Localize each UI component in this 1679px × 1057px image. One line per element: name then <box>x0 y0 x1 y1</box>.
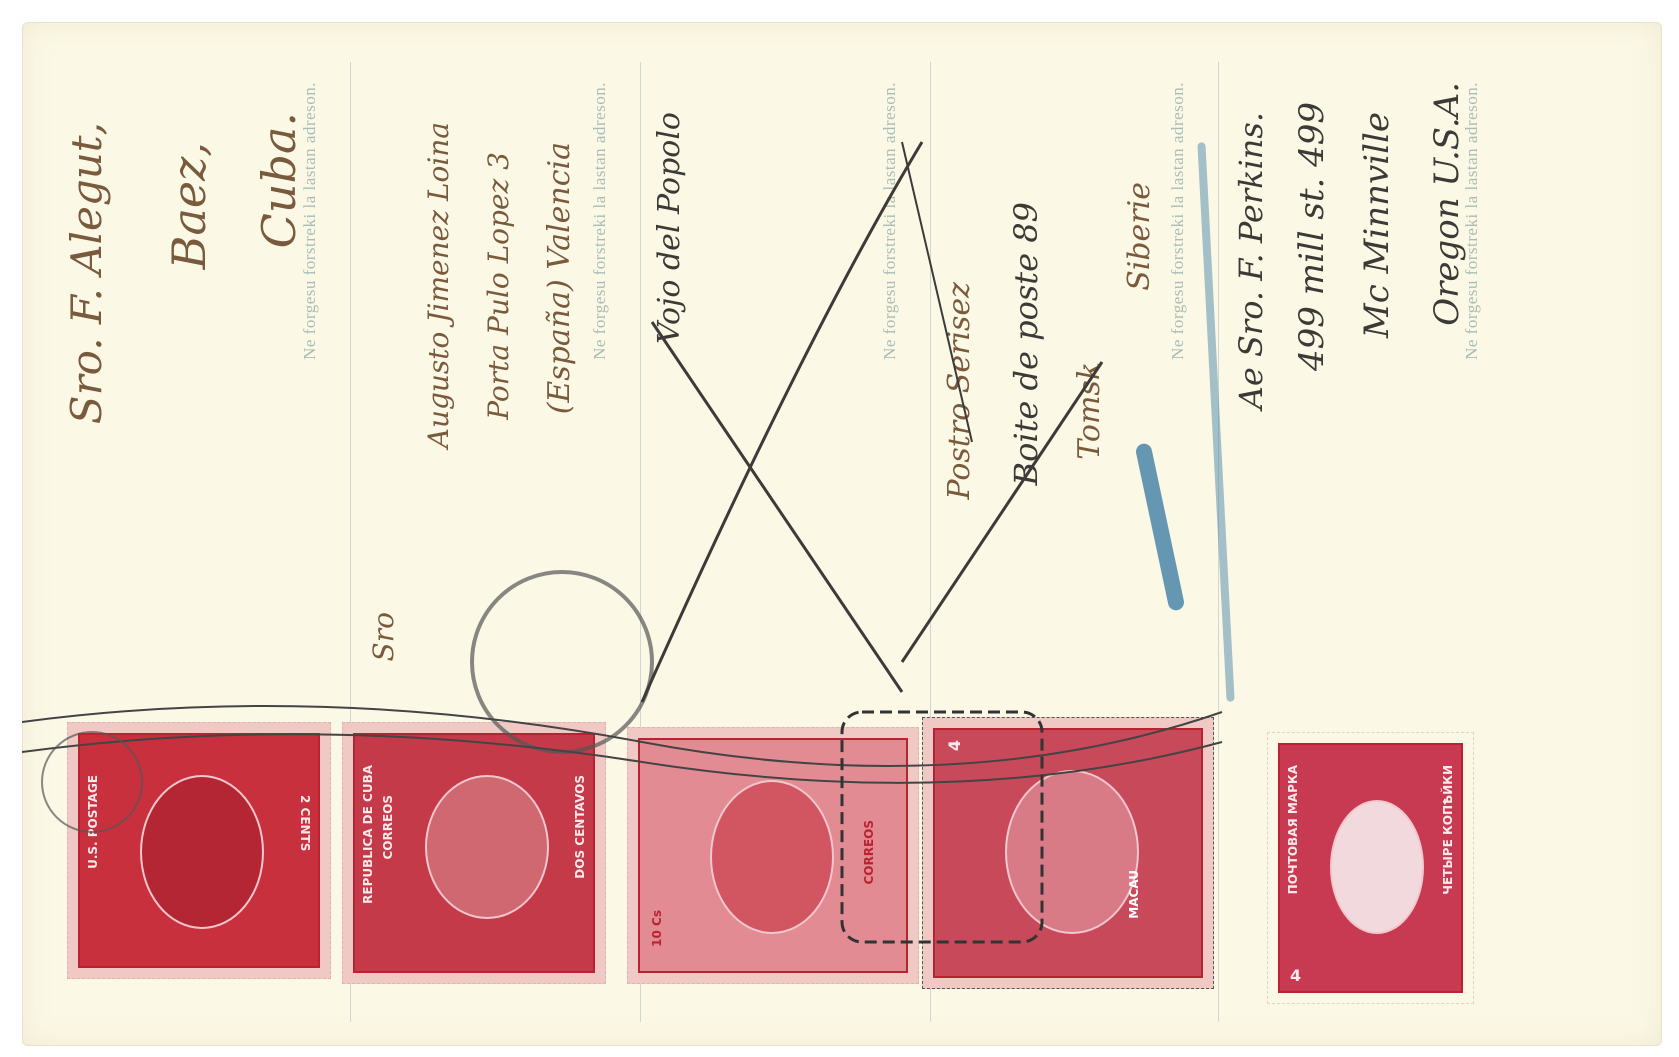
address-block-2-line: Sro <box>367 612 400 661</box>
postcard: Ne forgesu forstreki la lastan adreson. … <box>22 22 1662 1046</box>
address-block-5-line: Ae Sro. F. Perkins. <box>1232 112 1270 409</box>
address-block-5-line: 499 mill st. 499 <box>1292 102 1332 371</box>
stamp-macau-4: MACAU 4 <box>922 717 1214 989</box>
address-block-2-line: (España) Valencia <box>542 142 577 414</box>
blue-crayon-mark <box>1135 442 1186 612</box>
address-block-1-line: Cuba. <box>252 112 306 248</box>
address-block-4-line: Postro Serisez <box>942 282 977 500</box>
address-block-5-line: Oregon U.S.A. <box>1427 82 1467 326</box>
address-block-1-line: Baez, <box>162 142 216 269</box>
address-block-5-line: Mc Minnville <box>1357 112 1397 338</box>
stamp-spain-10-cs: CORREOS 10 Cs <box>627 727 919 984</box>
address-block-4-line: Boite de poste 89 <box>1007 202 1045 485</box>
stamp-cuba-2-centavos: REPUBLICA DE CUBA CORREOS DOS CENTAVOS <box>342 722 606 984</box>
address-block-3-line: Vojo del Popolo <box>652 112 687 344</box>
address-block-4-line: Tomsk <box>1072 362 1107 460</box>
address-block-2-line: Porta Pulo Lopez 3 <box>482 152 515 420</box>
printed-instruction: Ne forgesu forstreki la lastan adreson. <box>1168 82 1188 360</box>
address-block-4-line: Siberie <box>1122 182 1157 291</box>
stamp-us-2-cents: U.S. POSTAGE 2 CENTS <box>67 722 331 979</box>
address-block-2-line: Augusto Jimenez Loina <box>422 122 455 448</box>
stamp-russia-4-kopeks: ПОЧТОВАЯ МАРКА ЧЕТЫРЕ КОПѢЙКИ 4 <box>1267 732 1474 1004</box>
printed-instruction: Ne forgesu forstreki la lastan adreson. <box>880 82 900 360</box>
blue-crayon-mark <box>1197 142 1234 702</box>
printed-instruction: Ne forgesu forstreki la lastan adreson. <box>590 82 610 360</box>
address-block-1-line: Sro. F. Alegut, <box>62 122 111 424</box>
